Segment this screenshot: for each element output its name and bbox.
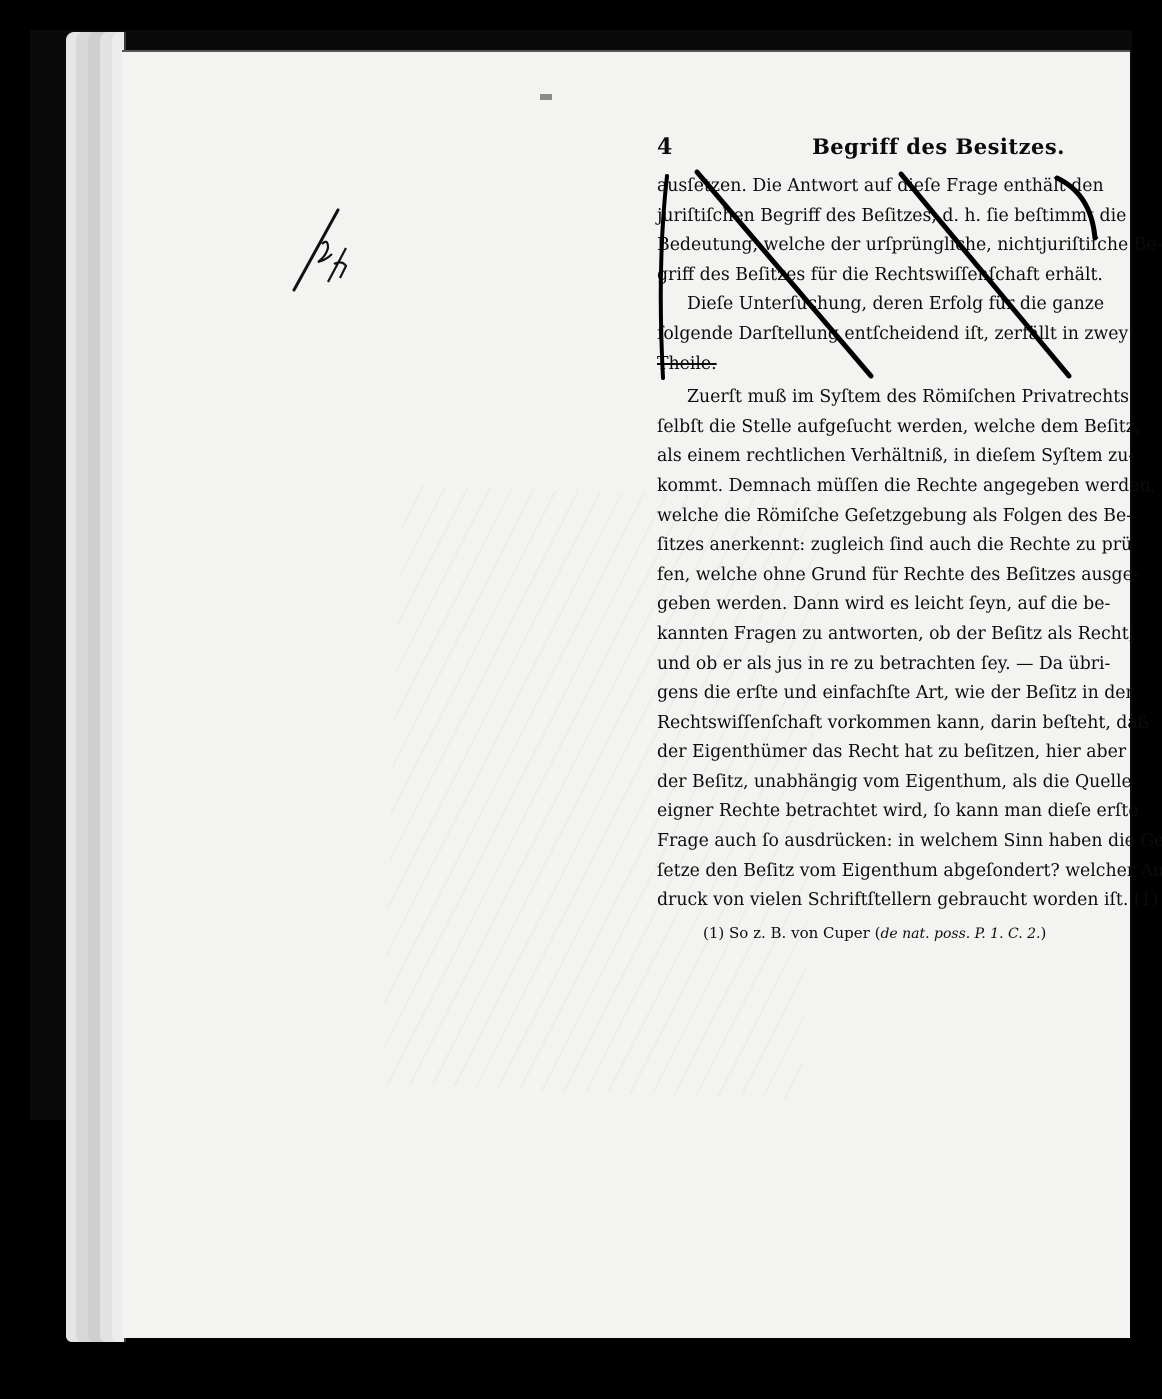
struck-word: Theile.	[657, 354, 717, 374]
text-line: der Beſitz, unabhängig vom Eigenthum, al…	[657, 768, 1103, 798]
paragraph-3: Zuerſt muß im Syſtem des Römiſchen Priva…	[657, 383, 1103, 916]
text-line: ſitzes anerkennt: zugleich ſind auch die…	[657, 531, 1103, 561]
text-line: ſetze den Beſitz vom Eigenthum abgeſonde…	[657, 857, 1103, 887]
text-line: kommt. Demnach müſſen die Rechte angegeb…	[657, 472, 1103, 502]
text-line: der Eigenthümer das Recht hat zu beſitze…	[657, 738, 1103, 768]
text-line: griff des Beſitzes für die Rechtswiſſenſ…	[657, 261, 1103, 291]
text-line: ſelbſt die Stelle aufgeſucht werden, wel…	[657, 413, 1103, 443]
page-number: 4	[657, 134, 672, 160]
footnote-text: (1) So z. B. von Cuper (	[703, 924, 880, 942]
handwritten-mark-icon	[282, 204, 372, 294]
running-head-title: Begriff des Besitzes.	[812, 134, 1065, 159]
binding-mark	[540, 94, 552, 100]
text-line: Frage auch ſo ausdrücken: in welchem Sin…	[657, 827, 1103, 857]
text-line: Rechtswiſſenſchaft vorkommen kann, darin…	[657, 709, 1103, 739]
crossed-out-paragraph: ausſetzen. Die Antwort auf dieſe Frage e…	[657, 172, 1103, 290]
page-edges-stack	[66, 32, 124, 1342]
text-line: welche die Römiſche Geſetzgebung als Fol…	[657, 502, 1103, 532]
text-line: und ob er als jus in re zu betrachten ſe…	[657, 650, 1103, 680]
text-line: juriſtiſchen Begriff des Beſitzes, d. h.…	[657, 202, 1103, 232]
text-line: Bedeutung, welche der urſprüngliche, nic…	[657, 231, 1103, 261]
footnote-citation: de nat. poss. P. 1. C. 2.	[880, 926, 1040, 942]
crossed-out-block: ausſetzen. Die Antwort auf dieſe Frage e…	[657, 172, 1103, 379]
text-column: 4 Begriff des Besitzes. ausſetzen. Die A…	[657, 134, 1103, 942]
text-line: ausſetzen. Die Antwort auf dieſe Frage e…	[657, 172, 1103, 202]
running-head: 4 Begriff des Besitzes.	[657, 134, 1103, 172]
footnote-close: )	[1040, 924, 1046, 942]
text-line: eigner Rechte betrachtet wird, ſo kann m…	[657, 797, 1103, 827]
text-line: folgende Darſtellung entſcheidend iſt, z…	[657, 320, 1103, 350]
footnote: (1) So z. B. von Cuper (de nat. poss. P.…	[657, 924, 1103, 942]
text-line: Dieſe Unterſuchung, deren Erfolg für die…	[657, 290, 1103, 320]
text-line: geben werden. Dann wird es leicht ſeyn, …	[657, 590, 1103, 620]
paragraph-2: Dieſe Unterſuchung, deren Erfolg für die…	[657, 290, 1103, 379]
text-line: als einem rechtlichen Verhältniß, in die…	[657, 442, 1103, 472]
text-line: fen, welche ohne Grund für Rechte des Be…	[657, 561, 1103, 591]
text-line: gens die erſte und einfachſte Art, wie d…	[657, 679, 1103, 709]
text-line: kannten Fragen zu antworten, ob der Beſi…	[657, 620, 1103, 650]
text-line: druck von vielen Schriftſtellern gebrauc…	[657, 886, 1103, 916]
book-page: 4 Begriff des Besitzes. ausſetzen. Die A…	[122, 50, 1130, 1338]
text-line: Zuerſt muß im Syſtem des Römiſchen Priva…	[657, 383, 1103, 413]
